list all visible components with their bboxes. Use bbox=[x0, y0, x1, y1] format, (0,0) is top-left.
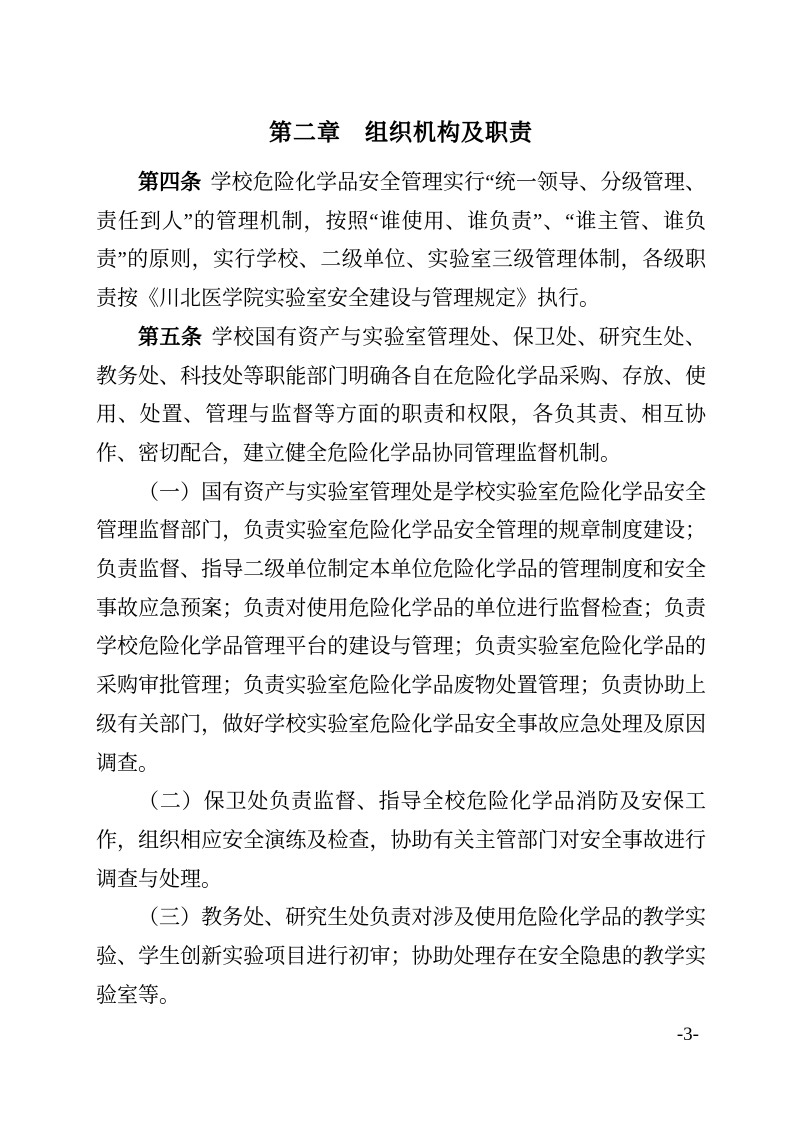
paragraph-item-1: （一）国有资产与实验室管理处是学校实验室危险化学品安全管理监督部门，负责实验室危… bbox=[96, 473, 706, 783]
document-page: 第二章 组织机构及职责 第四条学校危险化学品安全管理实行“统一领导、分级管理、责… bbox=[0, 0, 793, 1122]
article-4-lead-label: 第四条 bbox=[138, 170, 201, 194]
paragraph-article-5: 第五条学校国有资产与实验室管理处、保卫处、研究生处、教务处、科技处等职能部门明确… bbox=[96, 318, 706, 473]
document-body: 第四条学校危险化学品安全管理实行“统一领导、分级管理、责任到人”的管理机制，按照… bbox=[96, 163, 706, 1014]
paragraph-article-4: 第四条学校危险化学品安全管理实行“统一领导、分级管理、责任到人”的管理机制，按照… bbox=[96, 163, 706, 318]
item-3-text: （三）教务处、研究生处负责对涉及使用危险化学品的教学实验、学生创新实验项目进行初… bbox=[96, 905, 706, 1006]
paragraph-item-3: （三）教务处、研究生处负责对涉及使用危险化学品的教学实验、学生创新实验项目进行初… bbox=[96, 898, 706, 1014]
page-number: -3- bbox=[677, 1025, 699, 1045]
article-5-lead-label: 第五条 bbox=[138, 325, 203, 349]
paragraph-item-2: （二）保卫处负责监督、指导全校危险化学品消防及安保工作，组织相应安全演练及检查，… bbox=[96, 782, 706, 898]
chapter-title: 第二章 组织机构及职责 bbox=[96, 116, 706, 148]
item-2-text: （二）保卫处负责监督、指导全校危险化学品消防及安保工作，组织相应安全演练及检查，… bbox=[96, 789, 706, 890]
item-1-text: （一）国有资产与实验室管理处是学校实验室危险化学品安全管理监督部门，负责实验室危… bbox=[96, 480, 706, 775]
